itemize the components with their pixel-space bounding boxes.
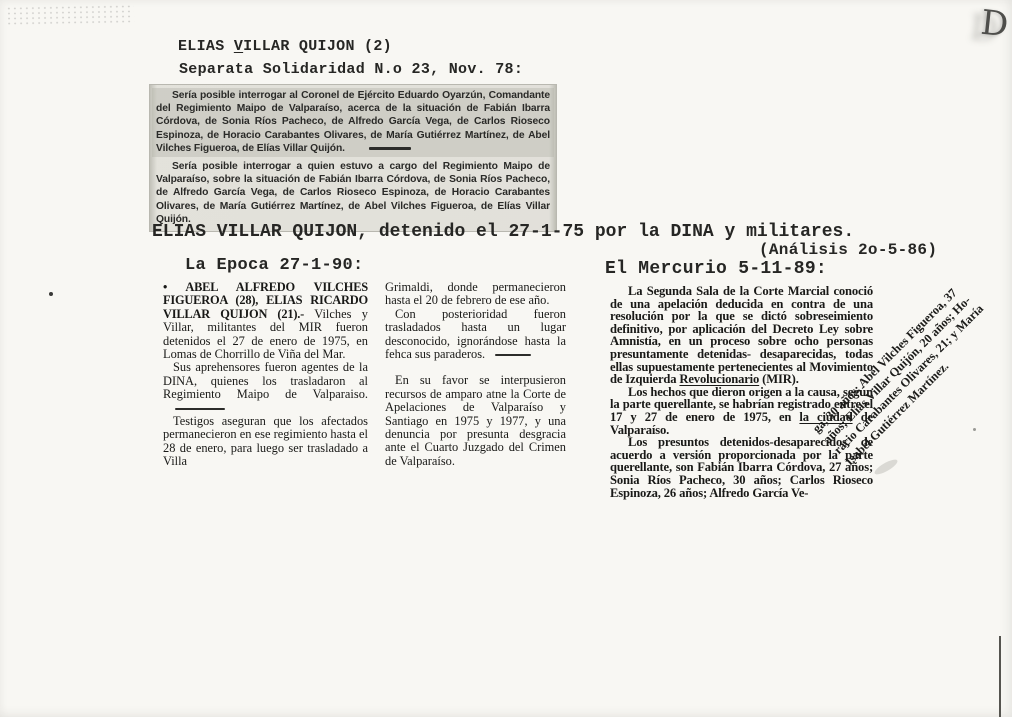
scan-edge-line	[999, 636, 1001, 717]
solidarity-paragraph-1: Sería posible interrogar al Coronel de E…	[152, 88, 554, 157]
la-epoca-heading: La Epoca 27-1-90:	[185, 256, 364, 275]
pencil-scribble-band	[6, 4, 134, 26]
la-epoca-column-1: • ABEL ALFREDO VILCHES FIGUEROA (28), EL…	[163, 281, 368, 469]
la-epoca-col1-p2-text: Sus aprehensores fueron agentes de la DI…	[163, 360, 368, 401]
solidarity-paragraph-1-text: Sería posible interrogar al Coronel de E…	[156, 90, 550, 154]
scanned-document-page: D ELIAS VILLAR QUIJON (2) Separata Solid…	[0, 0, 1012, 717]
el-mercurio-paragraph-1: La Segunda Sala de la Corte Marcial cono…	[610, 285, 873, 386]
la-epoca-col2-paragraph-2: Con posterioridad fueron trasladados has…	[385, 308, 566, 362]
col2-separator-dash	[495, 354, 531, 356]
ink-speck	[973, 428, 976, 431]
la-epoca-col2-paragraph-3: En su favor se interpusieron recursos de…	[385, 374, 566, 468]
la-epoca-col2-paragraph-1: Grimaldi, donde permanecieron hasta el 2…	[385, 281, 566, 308]
document-title: ELIAS VILLAR QUIJON (2)	[178, 38, 392, 55]
solidarity-paragraph-2: Sería posible interrogar a quien estuvo …	[156, 160, 550, 226]
ink-speck	[49, 292, 53, 296]
la-epoca-column-2: Grimaldi, donde permanecieron hasta el 2…	[385, 281, 566, 468]
title-text-pre: ELIAS	[178, 38, 234, 55]
la-epoca-col1-paragraph-1: • ABEL ALFREDO VILCHES FIGUEROA (28), EL…	[163, 281, 368, 361]
el-mercurio-p1-text: La Segunda Sala de la Corte Marcial cono…	[610, 284, 873, 386]
la-epoca-col1-paragraph-2: Sus aprehensores fueron agentes de la DI…	[163, 361, 368, 415]
title-underlined-letter: V	[234, 38, 243, 55]
analysis-note: (Análisis 2o-5-86)	[759, 241, 937, 259]
col1-separator-dash	[175, 408, 225, 410]
document-subtitle: Separata Solidaridad N.o 23, Nov. 78:	[179, 61, 523, 78]
smudge-mark	[873, 457, 900, 477]
pencil-corner-mark: D	[979, 3, 1010, 46]
clipping-end-dash	[369, 147, 411, 150]
typed-headline: ELIAS VILLAR QUIJON, detenido el 27-1-75…	[152, 222, 854, 242]
solidarity-clipping: Sería posible interrogar al Coronel de E…	[149, 84, 557, 232]
la-epoca-col1-paragraph-3: Testigos aseguran que los afectados perm…	[163, 415, 368, 469]
la-epoca-col2-p2-text: Con posterioridad fueron trasladados has…	[385, 307, 566, 361]
el-mercurio-column: La Segunda Sala de la Corte Marcial cono…	[610, 285, 873, 499]
title-text-post: ILLAR QUIJON (2)	[243, 38, 392, 55]
el-mercurio-heading: El Mercurio 5-11-89:	[605, 259, 827, 279]
